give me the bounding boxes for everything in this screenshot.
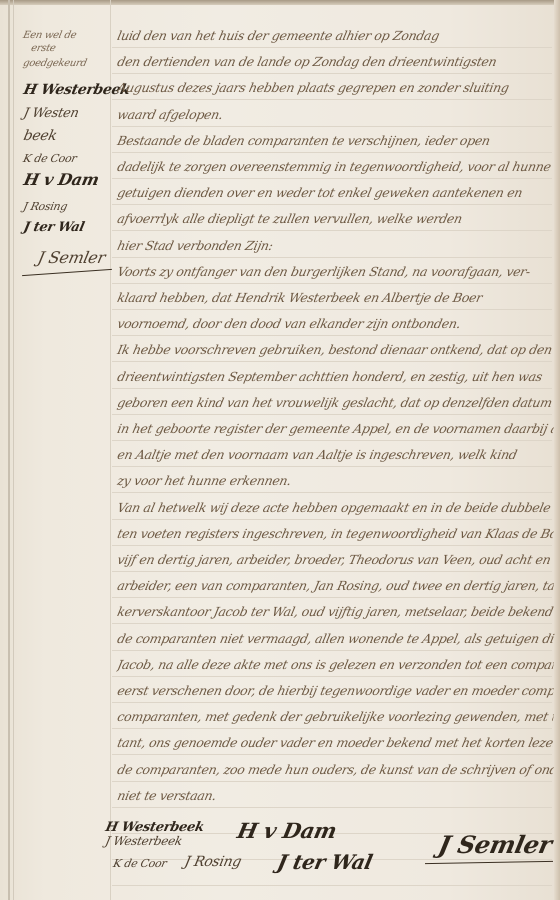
- margin-signature: J Westen: [22, 106, 80, 121]
- record-line: kerverskantoor Jacob ter Wal, oud vijfti…: [116, 604, 555, 619]
- margin-signature: beek: [22, 128, 58, 144]
- ruled-line: [112, 361, 552, 362]
- footer-signature: H v Dam: [235, 818, 339, 843]
- record-line: den dertienden van de lande op Zondag de…: [116, 54, 555, 69]
- record-line: Van al hetwelk wij deze acte hebben opge…: [116, 500, 555, 515]
- record-line: Ik hebbe voorschreven gebruiken, bestond…: [116, 342, 555, 357]
- binding-rule: [13, 0, 14, 900]
- record-line: comparanten, met gedenk der gebruikelijk…: [116, 709, 555, 724]
- ruled-line: [112, 466, 552, 467]
- ruled-line: [112, 126, 552, 127]
- margin-rule: [110, 0, 111, 900]
- record-line: hier Stad verbonden Zijn:: [116, 238, 555, 253]
- ruled-line: [112, 885, 552, 886]
- record-line: eerst verschenen door, de hierbij tegenw…: [116, 683, 555, 698]
- ruled-line: [112, 99, 552, 100]
- record-line: getuigen dienden over en weder tot enkel…: [116, 185, 555, 200]
- ruled-line: [112, 519, 552, 520]
- record-line: de comparanten niet vermaagd, allen wone…: [116, 631, 555, 646]
- ruled-line: [112, 309, 552, 310]
- ruled-line: [112, 650, 552, 651]
- record-line: en Aaltje met den voornaam van Aaltje is…: [116, 447, 555, 462]
- ruled-line: [112, 492, 552, 493]
- ruled-line: [112, 230, 552, 231]
- ruled-line: [112, 545, 552, 546]
- footer-signature: J Rosing: [183, 854, 243, 870]
- ruled-line: [112, 676, 552, 677]
- margin-signature: K de Coor: [22, 152, 78, 165]
- signature-flourish: [22, 269, 112, 276]
- record-line: arbeider, een van comparanten, Jan Rosin…: [116, 578, 555, 593]
- margin-signature: H v Dam: [22, 170, 101, 189]
- registrar-signature: J Semler: [436, 830, 555, 859]
- signature-flourish: [425, 861, 553, 864]
- record-line: tant, ons genoemde ouder vader en moeder…: [116, 735, 555, 750]
- ruled-line: [112, 807, 552, 808]
- ruled-line: [112, 623, 552, 624]
- footer-signature: J ter Wal: [275, 850, 375, 874]
- record-line: luid den van het huis der gemeente alhie…: [116, 28, 555, 43]
- ruled-line: [112, 440, 552, 441]
- ruled-line: [112, 754, 552, 755]
- binding-rule: [8, 0, 10, 900]
- record-line: de comparanten, zoo mede hun ouders, de …: [116, 762, 555, 777]
- ruled-line: [112, 257, 552, 258]
- margin-note: goedgekeurd: [22, 58, 88, 69]
- ruled-line: [112, 73, 552, 74]
- ruled-line: [112, 728, 552, 729]
- page-right-edge: [554, 0, 560, 900]
- margin-signature: J Semler: [36, 248, 107, 267]
- ruled-line: [112, 47, 552, 48]
- ruled-line: [112, 597, 552, 598]
- margin-signature: J Rosing: [22, 200, 68, 213]
- record-line: Augustus dezes jaars hebben plaats gegre…: [116, 80, 555, 95]
- margin-signature: J ter Wal: [22, 220, 86, 235]
- record-line: in het geboorte register der gemeente Ap…: [116, 421, 555, 436]
- ruled-line: [112, 152, 552, 153]
- record-line: klaard hebben, dat Hendrik Westerbeek en…: [116, 290, 555, 305]
- ruled-line: [112, 388, 552, 389]
- record-line: ten voeten registers ingeschreven, in te…: [116, 526, 555, 541]
- margin-note: Een wel de: [22, 30, 77, 41]
- ruled-line: [112, 414, 552, 415]
- ruled-line: [112, 571, 552, 572]
- record-line: niet te verstaan.: [116, 788, 555, 803]
- margin-note: erste: [30, 43, 57, 54]
- record-line: vijf en dertig jaren, arbeider, broeder,…: [116, 552, 555, 567]
- footer-signature: J Westerbeek: [104, 834, 183, 848]
- record-line: afvoerrlyk alle diepligt te zullen vervu…: [116, 211, 555, 226]
- footer-signature: H Westerbeek: [104, 820, 205, 835]
- ruled-line: [112, 283, 552, 284]
- ruled-line: [112, 178, 552, 179]
- record-line: geboren een kind van het vrouwelijk gesl…: [116, 395, 555, 410]
- record-line: Jacob, na alle deze akte met ons is gele…: [116, 657, 555, 672]
- register-page: Een wel de erste goedgekeurd H Westerbee…: [0, 0, 560, 900]
- record-line: zy voor het hunne erkennen.: [116, 473, 555, 488]
- margin-signature: H Westerbeek: [22, 82, 131, 98]
- ruled-line: [112, 702, 552, 703]
- record-line: Bestaande de bladen comparanten te versc…: [116, 133, 555, 148]
- ruled-line: [112, 781, 552, 782]
- footer-signature: K de Coor: [112, 857, 168, 870]
- record-line: dadelijk te zorgen overeenstemmig in teg…: [116, 159, 555, 174]
- ruled-line: [112, 204, 552, 205]
- record-line: drieentwintigsten September achttien hon…: [116, 369, 555, 384]
- record-line: Voorts zy ontfanger van den burgerlijken…: [116, 264, 555, 279]
- page-top-edge: [0, 0, 560, 5]
- record-line: waard afgelopen.: [116, 107, 555, 122]
- ruled-line: [112, 335, 552, 336]
- record-line: voornoemd, door den dood van elkander zi…: [116, 316, 555, 331]
